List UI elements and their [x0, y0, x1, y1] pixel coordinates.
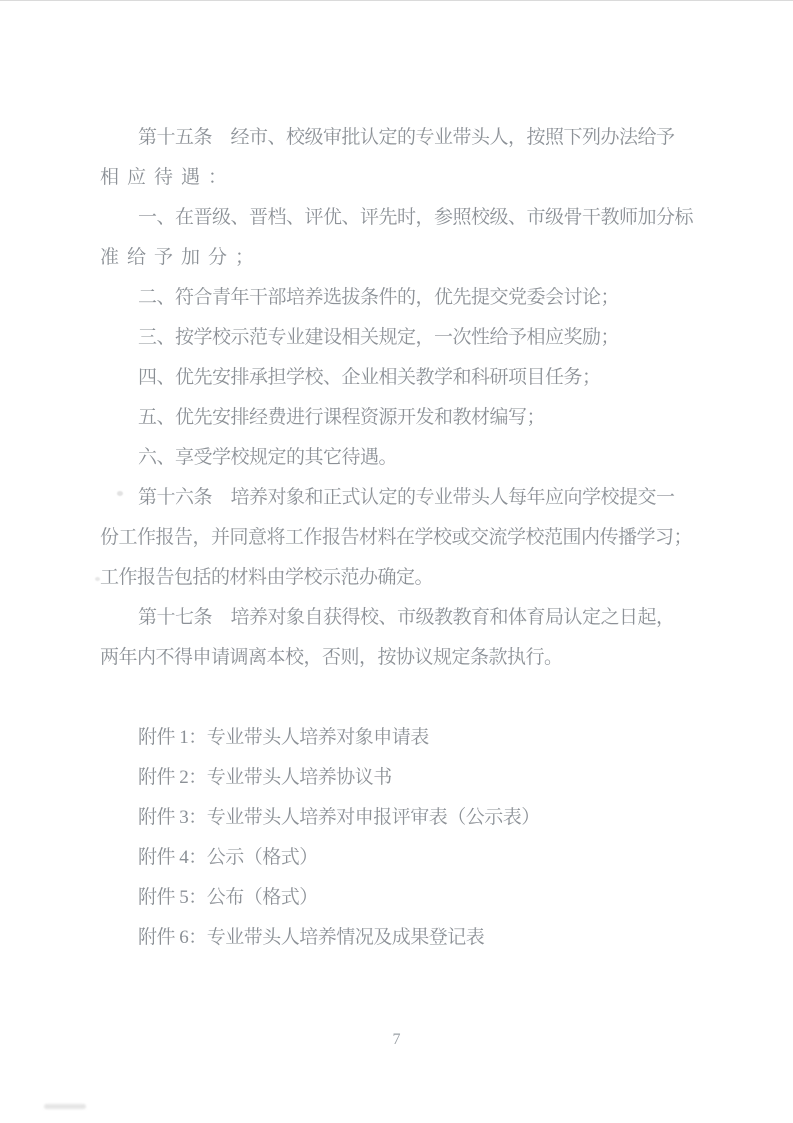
list-item-2: 二、符合青年干部培养选拔条件的，优先提交党委会讨论；: [100, 278, 710, 318]
attachment-item-3: 附件 3：专业带头人培养对申报评审表（公示表）: [100, 798, 710, 838]
article-15-line-2: 相应待遇：: [100, 158, 710, 198]
list-item-6: 六、享受学校规定的其它待遇。: [100, 438, 710, 478]
article-15-line-1: 第十五条 经市、校级审批认定的专业带头人，按照下列办法给予: [100, 118, 710, 158]
blank-line: [100, 678, 710, 718]
scan-smudge: [44, 1104, 86, 1109]
article-16-line-1: 第十六条 培养对象和正式认定的专业带头人每年应向学校提交一: [100, 478, 710, 518]
article-17-line-1: 第十七条 培养对象自获得校、市级教教育和体育局认定之日起，: [100, 598, 710, 638]
list-item-3: 三、按学校示范专业建设相关规定，一次性给予相应奖励；: [100, 318, 710, 358]
attachment-item-4: 附件 4：公示（格式）: [100, 838, 710, 878]
article-16-line-3: 工作报告包括的材料由学校示范办确定。: [100, 558, 710, 598]
attachment-item-5: 附件 5：公布（格式）: [100, 878, 710, 918]
scan-edge-line: [0, 0, 793, 1]
list-item-1-line-1: 一、在晋级、晋档、评优、评先时，参照校级、市级骨干教师加分标: [100, 198, 710, 238]
document-page: { "colors": { "paper": "#ffffff", "body_…: [0, 0, 793, 1123]
article-16-line-2: 份工作报告，并同意将工作报告材料在学校或交流学校范围内传播学习；: [100, 518, 710, 558]
list-item-1-line-2: 准给予加分；: [100, 238, 710, 278]
page-number: 7: [0, 1028, 793, 1052]
attachment-item-1: 附件 1：专业带头人培养对象申请表: [100, 718, 710, 758]
article-17-line-2: 两年内不得申请调离本校，否则，按协议规定条款执行。: [100, 638, 710, 678]
list-item-5: 五、优先安排经费进行课程资源开发和教材编写；: [100, 398, 710, 438]
list-item-4: 四、优先安排承担学校、企业相关教学和科研项目任务；: [100, 358, 710, 398]
attachment-item-2: 附件 2：专业带头人培养协议书: [100, 758, 710, 798]
document-body: 第十五条 经市、校级审批认定的专业带头人，按照下列办法给予 相应待遇： 一、在晋…: [100, 118, 710, 958]
attachment-item-6: 附件 6：专业带头人培养情况及成果登记表: [100, 918, 710, 958]
